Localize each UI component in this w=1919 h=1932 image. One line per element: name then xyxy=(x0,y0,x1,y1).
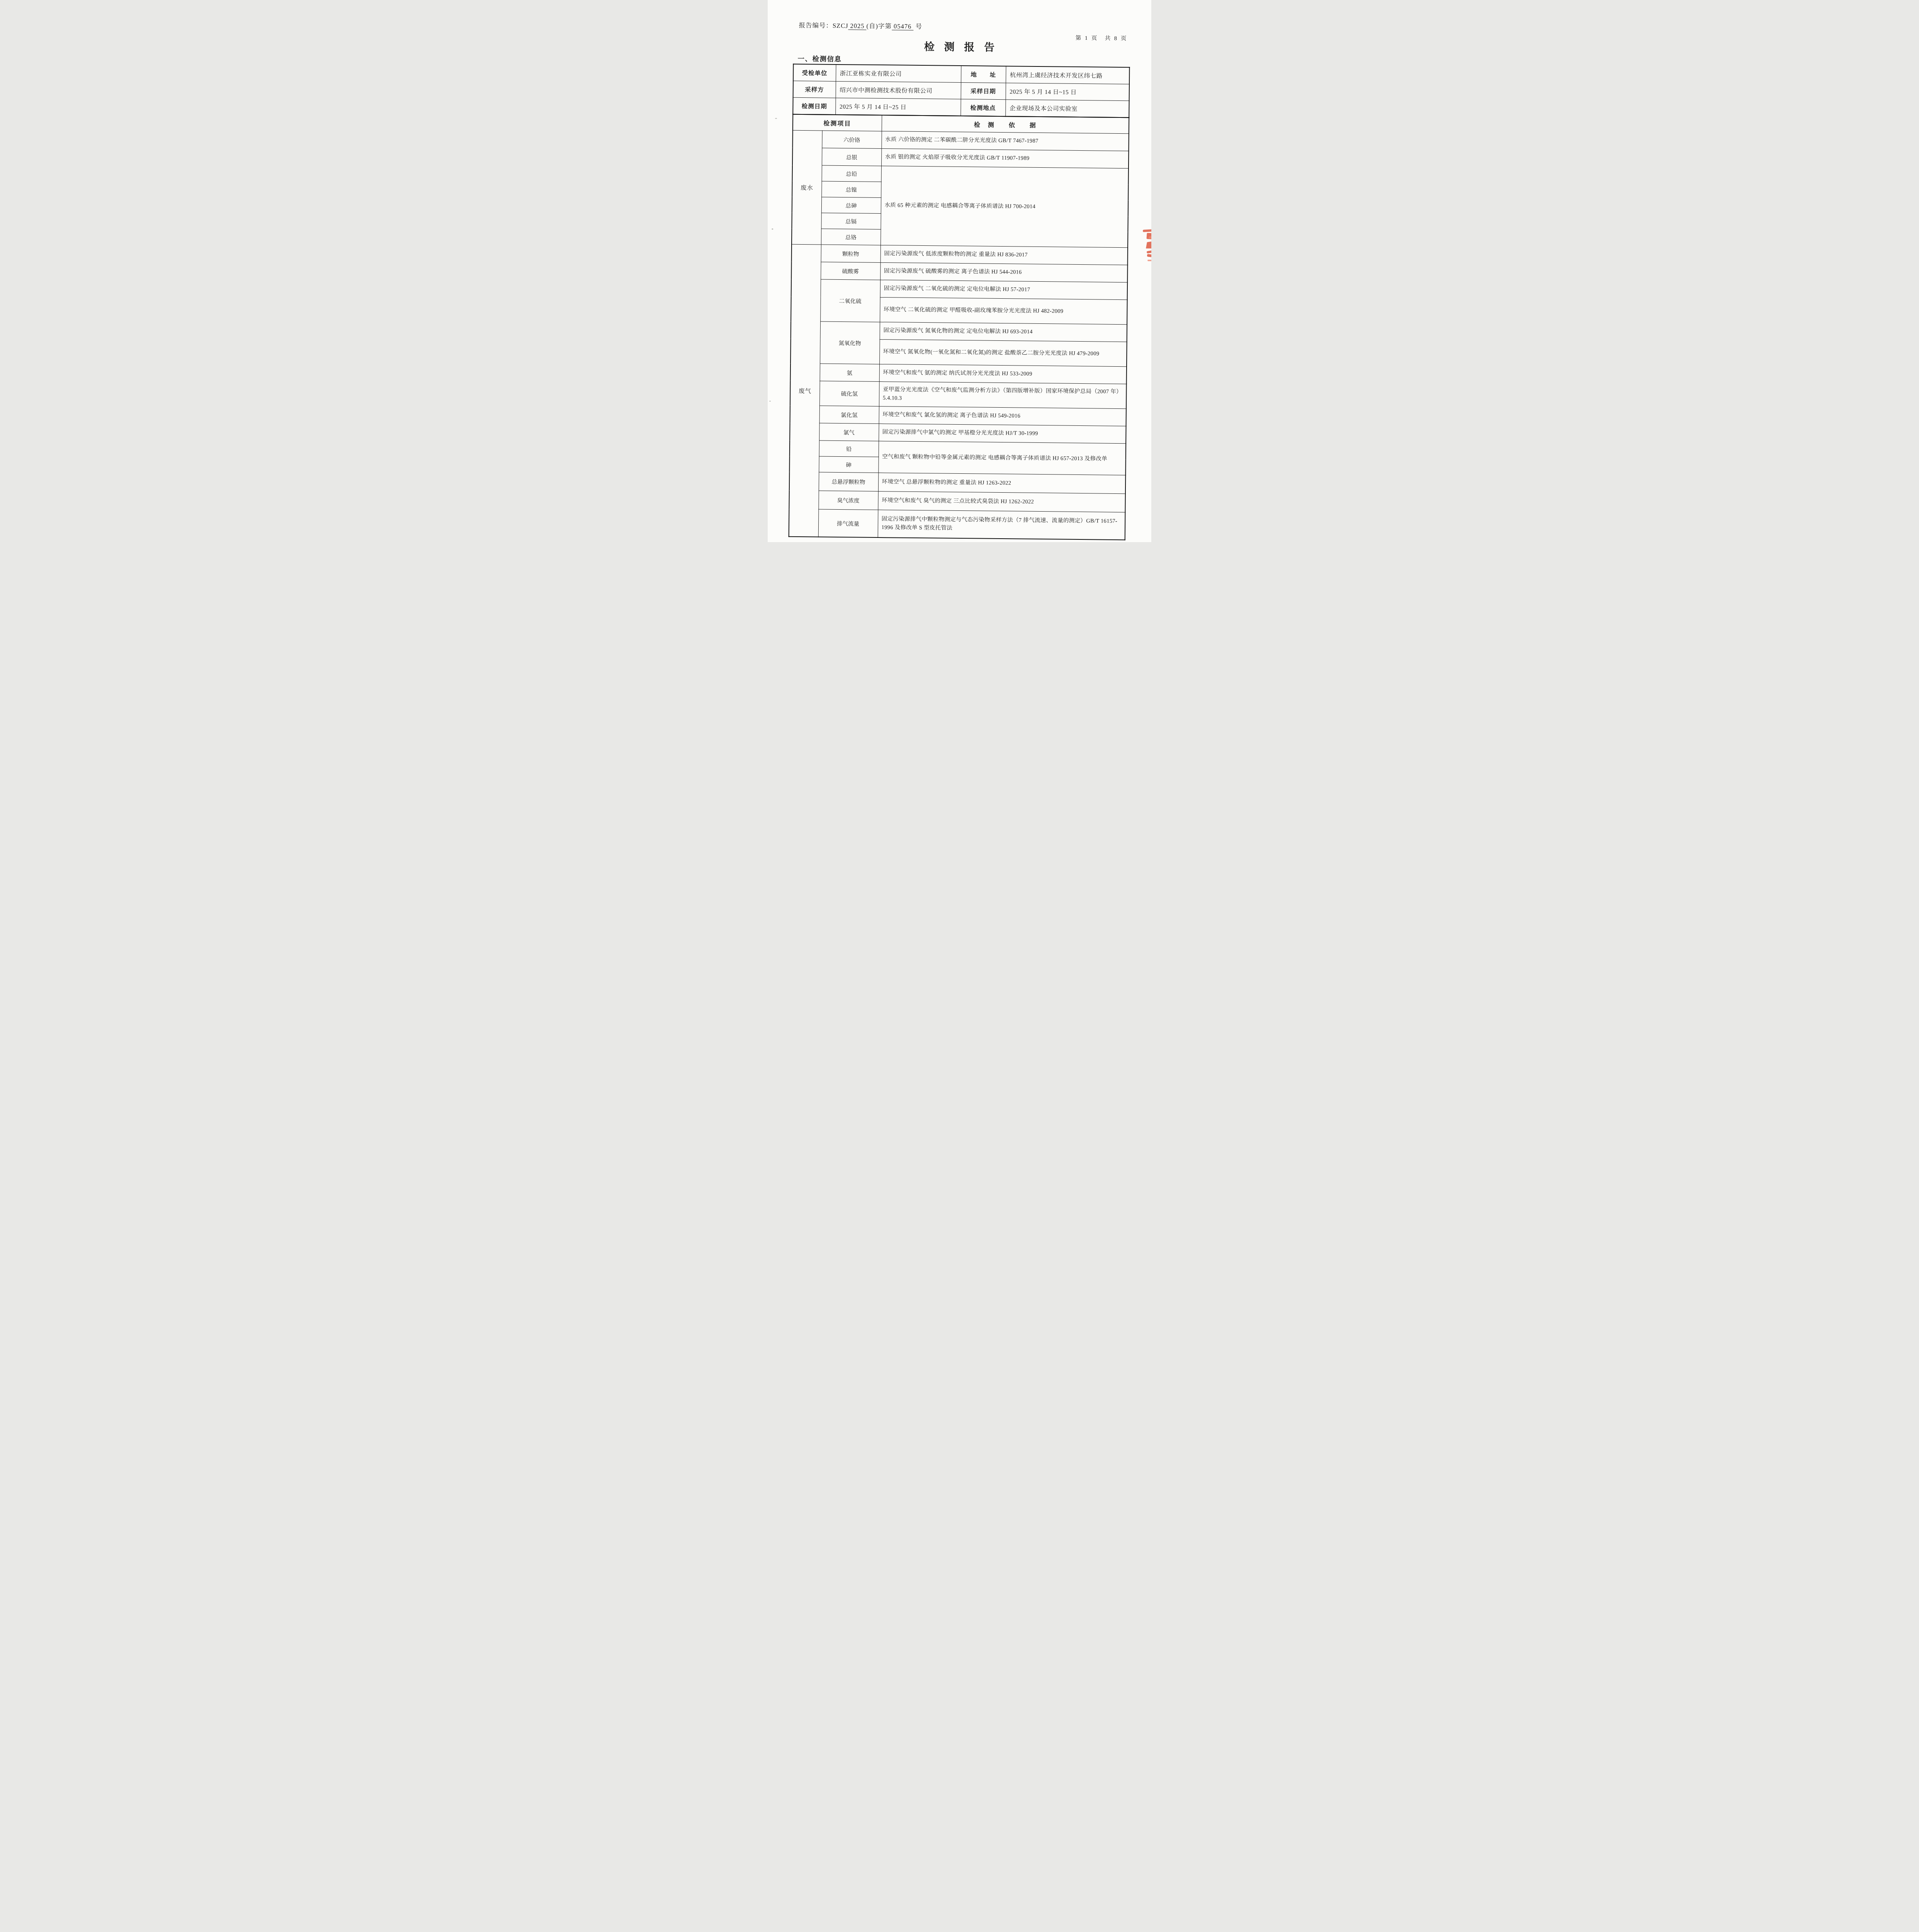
method-cell: 环境空气 二氧化硫的测定 甲醛吸收-副玫瑰苯胺分光光度法 HJ 482-2009 xyxy=(880,298,1127,325)
method-cell-merged: 空气和废气 颗粒物中铅等金属元素的测定 电感耦合等离子体质谱法 HJ 657-2… xyxy=(878,441,1126,475)
item-cell: 硫化氢 xyxy=(819,381,879,406)
item-cell: 氨 xyxy=(820,364,879,381)
item-cell: 硫酸雾 xyxy=(821,262,880,280)
method-cell: 固定污染源废气 二氧化硫的测定 定电位电解法 HJ 57-2017 xyxy=(880,280,1127,300)
page-content: 报告编号：SZCJ2025(自)字第05476 号 第 1 页 共 8 页 检 … xyxy=(768,0,1151,542)
project-header-cell: 检测项目 xyxy=(793,114,882,131)
red-seal-fragment xyxy=(1147,254,1151,257)
method-cell: 环境空气和废气 臭气的测定 三点比较式臭袋法 HJ 1262-2022 xyxy=(878,492,1125,512)
info-value-cell: 杭州湾上虞经济技术开发区纬七路 xyxy=(1006,66,1129,84)
method-cell-merged: 水质 65 种元素的测定 电感耦合等离子体质谱法 HJ 700-2014 xyxy=(880,166,1129,248)
detection-table: 检测项目 检 测 依 据 废水 六价铬 水质 六价铬的测定 二苯碳酰二肼分光光度… xyxy=(789,114,1129,540)
info-value-cell: 2025 年 5 月 14 日~25 日 xyxy=(835,98,960,116)
basis-header-cell: 检 测 依 据 xyxy=(882,115,1129,134)
item-cell: 颗粒物 xyxy=(821,245,880,262)
item-cell: 总铬 xyxy=(821,229,880,245)
scan-speck xyxy=(775,118,777,119)
item-cell: 臭气浓度 xyxy=(818,491,878,510)
item-cell: 砷 xyxy=(819,456,878,473)
red-seal-fragment xyxy=(1147,260,1151,261)
item-cell: 总镍 xyxy=(821,181,881,197)
item-cell: 总铅 xyxy=(822,165,881,182)
info-label-cell: 受检单位 xyxy=(793,64,836,82)
item-cell: 二氧化硫 xyxy=(820,279,880,322)
group-cell-wastegas: 废气 xyxy=(789,244,821,537)
method-cell: 环境空气和废气 氯化氢的测定 离子色谱法 HJ 549-2016 xyxy=(879,406,1126,426)
item-cell: 氯化氢 xyxy=(819,406,879,423)
tables-wrap: 受检单位 浙江亚栋实业有限公司 地 址 杭州湾上虞经济技术开发区纬七路 采样方 … xyxy=(789,64,1129,540)
red-seal-fragment xyxy=(1149,236,1151,239)
scan-speck xyxy=(769,401,771,401)
group-cell-wastewater: 废水 xyxy=(792,130,822,245)
info-label-cell: 检测日期 xyxy=(793,97,835,115)
method-cell: 固定污染源废气 硫酸雾的测定 离子色谱法 HJ 544-2016 xyxy=(880,263,1127,282)
info-label-cell: 检测地点 xyxy=(960,99,1005,117)
item-cell: 总镉 xyxy=(821,213,880,229)
report-number: 报告编号：SZCJ2025(自)字第05476 号 xyxy=(799,20,922,31)
info-label-cell: 采样日期 xyxy=(961,83,1006,100)
item-cell: 氮氧化物 xyxy=(820,321,880,364)
method-cell: 环境空气 氮氧化物(一氧化氮和二氧化氮)的测定 盐酸萘乙二胺分光光度法 HJ 4… xyxy=(879,340,1127,367)
table-row: 排气流量 固定污染源排气中颗粒物测定与气态污染物采样方法（7 排气流速、流量的测… xyxy=(789,509,1125,540)
report-number-mid: (自)字第 xyxy=(867,22,892,30)
table-row: 二氧化硫 固定污染源废气 二氧化硫的测定 定电位电解法 HJ 57-2017 xyxy=(791,279,1127,299)
info-value-cell: 浙江亚栋实业有限公司 xyxy=(836,65,961,83)
item-cell: 总悬浮颗粒物 xyxy=(819,472,878,491)
page-title: 检 测 报 告 xyxy=(769,37,1151,56)
method-cell: 固定污染源废气 低浓度颗粒物的测定 重量法 HJ 836-2017 xyxy=(880,245,1128,265)
method-cell: 环境空气 总悬浮颗粒物的测定 重量法 HJ 1263-2022 xyxy=(878,473,1125,494)
red-seal-fragment xyxy=(1143,229,1151,232)
item-cell: 铅 xyxy=(819,440,879,457)
report-number-serial: 05476 xyxy=(892,22,913,31)
method-cell: 亚甲蓝分光光度法《空气和废气监测分析方法》（第四版增补版）国家环境保护总局（20… xyxy=(879,382,1127,409)
method-cell: 环境空气和废气 氨的测定 纳氏试剂分光光度法 HJ 533-2009 xyxy=(879,364,1127,384)
scan-speck xyxy=(772,228,773,230)
method-cell: 固定污染源废气 氮氧化物的测定 定电位电解法 HJ 693-2014 xyxy=(880,322,1127,342)
item-cell: 总银 xyxy=(822,148,881,166)
info-table: 受检单位 浙江亚栋实业有限公司 地 址 杭州湾上虞经济技术开发区纬七路 采样方 … xyxy=(792,64,1130,118)
item-cell: 总砷 xyxy=(821,197,881,213)
item-cell: 六价铬 xyxy=(822,131,881,148)
info-value-cell: 2025 年 5 月 14 日~15 日 xyxy=(1006,83,1129,101)
table-row: 总悬浮颗粒物 环境空气 总悬浮颗粒物的测定 重量法 HJ 1263-2022 xyxy=(789,472,1125,493)
info-label-cell: 采样方 xyxy=(793,81,836,98)
section-heading: 一、检测信息 xyxy=(798,54,842,64)
table-row: 臭气浓度 环境空气和废气 臭气的测定 三点比较式臭袋法 HJ 1262-2022 xyxy=(789,490,1125,512)
report-number-year: 2025 xyxy=(848,22,867,30)
method-cell: 固定污染源排气中颗粒物测定与气态污染物采样方法（7 排气流速、流量的测定）GB/… xyxy=(878,510,1125,540)
method-cell: 水质 六价铬的测定 二苯碳酰二肼分光光度法 GB/T 7467-1987 xyxy=(881,131,1129,151)
info-label-cell: 地 址 xyxy=(961,66,1006,83)
report-number-prefix: 报告编号：SZCJ xyxy=(799,22,848,29)
info-value-cell: 企业现场及本公司实验室 xyxy=(1005,100,1129,118)
scanned-report-page: 报告编号：SZCJ2025(自)字第05476 号 第 1 页 共 8 页 检 … xyxy=(768,0,1151,542)
method-cell: 固定污染源排气中氯气的测定 甲基橙分光光度法 HJ/T 30-1999 xyxy=(879,424,1126,444)
table-row: 氮氧化物 固定污染源废气 氮氧化物的测定 定电位电解法 HJ 693-2014 xyxy=(791,321,1127,342)
method-cell: 水质 银的测定 火焰原子吸收分光光度法 GB/T 11907-1989 xyxy=(881,149,1129,168)
table-row: 硫化氢 亚甲蓝分光光度法《空气和废气监测分析方法》（第四版增补版）国家环境保护总… xyxy=(790,381,1127,408)
info-value-cell: 绍兴市中测检测技术股份有限公司 xyxy=(836,81,961,99)
item-cell: 氯气 xyxy=(819,423,879,441)
report-number-suffix: 号 xyxy=(915,23,922,30)
item-cell: 排气流量 xyxy=(818,509,878,537)
